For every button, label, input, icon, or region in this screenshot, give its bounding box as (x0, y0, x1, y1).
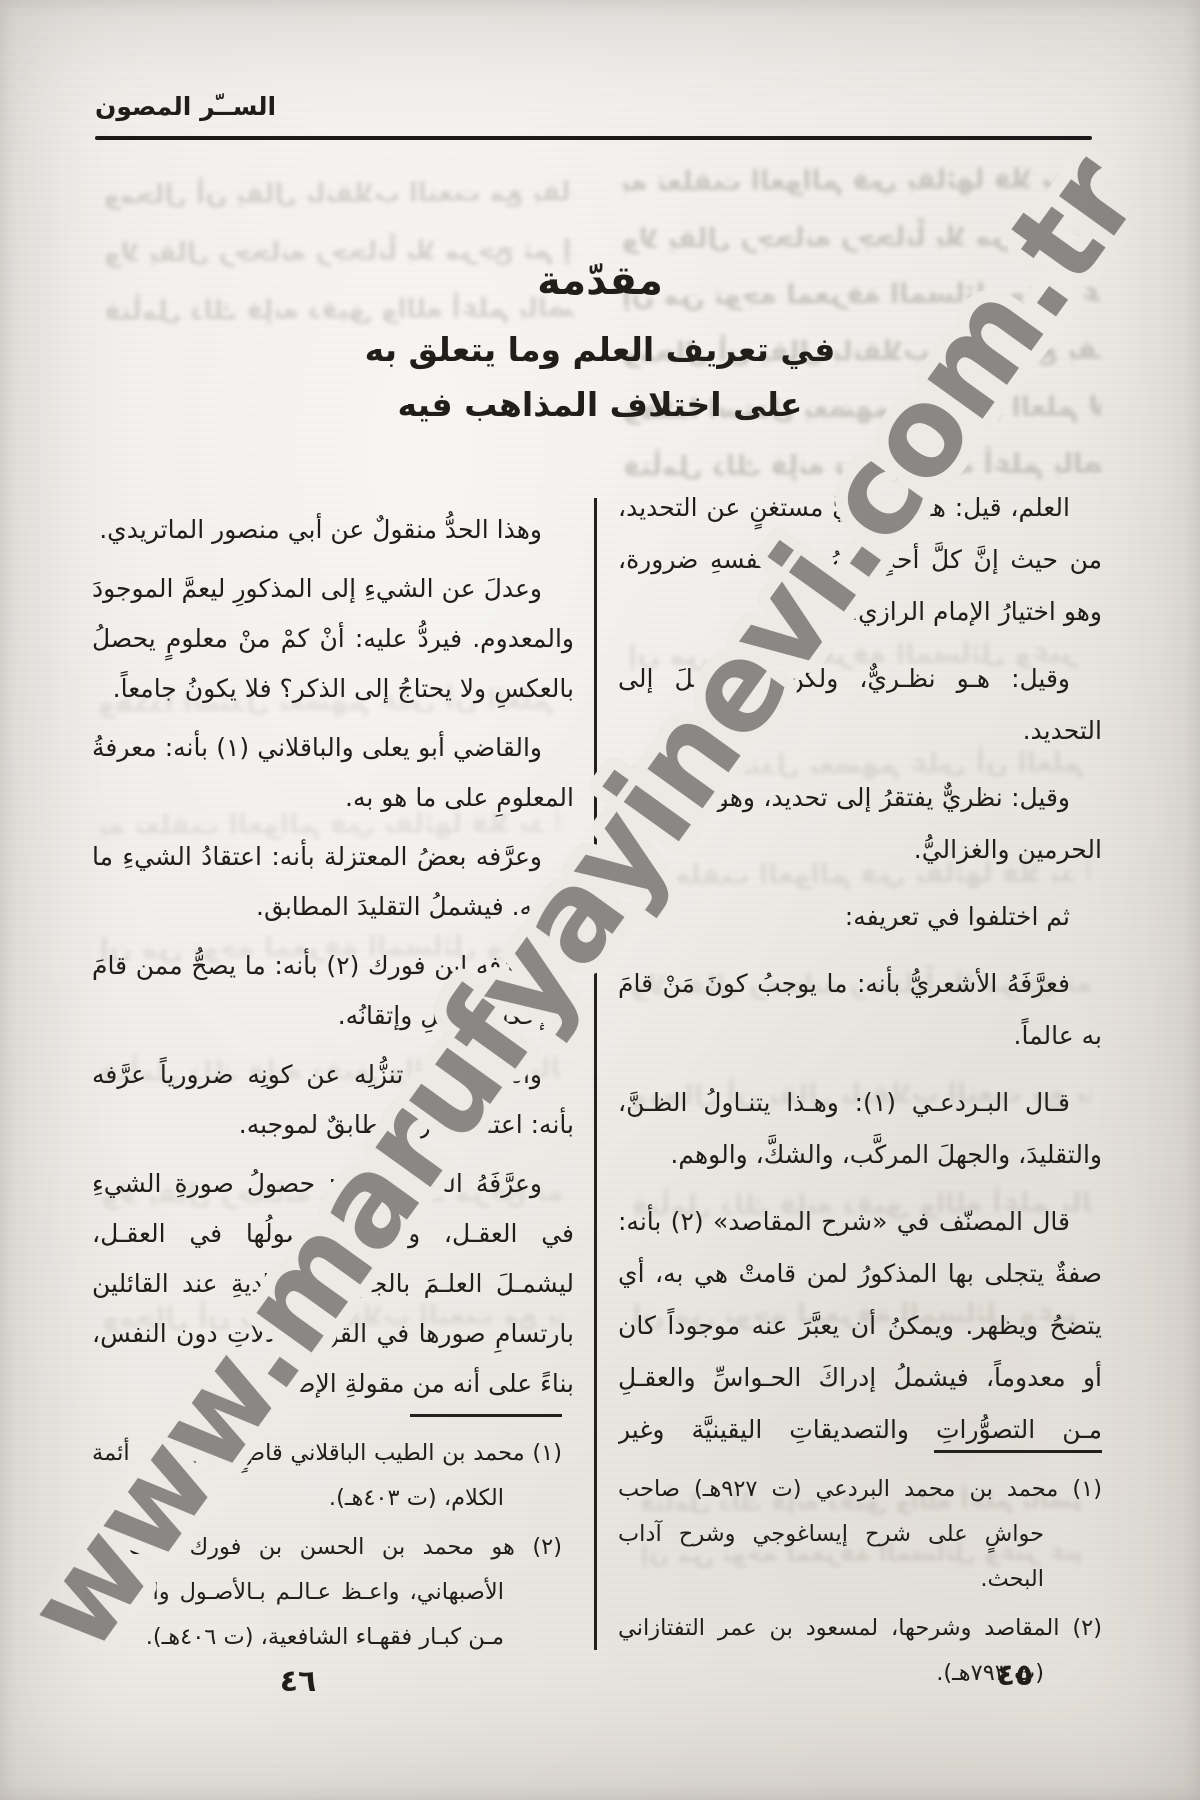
page-45-text-column: العلم، قيل: هو ضروريٌّ مستغنٍ عن التحديد… (618, 482, 1102, 1444)
paragraph: فعرَّفَهُ الأشعريُّ بأنه: ما يوجبُ كونَ … (618, 958, 1102, 1062)
footnote-separator-rule (410, 1414, 562, 1417)
page-number-45: ٤٥ (983, 1658, 1047, 1693)
paragraph: ثم اختلفوا في تعريفه: (618, 891, 1102, 943)
chapter-title-line1: في تعريف العلم وما يتعلق به (0, 330, 1200, 369)
running-head-book-title: الســّر المصون (95, 92, 276, 121)
paragraph: قـال البـردعـي (١): وهـذا يتنـاولُ الظـن… (618, 1077, 1102, 1181)
paragraph: وعرَّفه ابن فورك (٢) بأنه: ما يصحُّ ممن … (92, 941, 574, 1041)
paragraph: والقاضي أبو يعلى والباقلاني (١) بأنه: مع… (92, 723, 574, 823)
paragraph: وعدلَ عن الشيءِ إلى المذكورِ ليعمَّ المو… (92, 564, 574, 714)
paragraph: وعرَّفه بعضُ المعتزلة بأنه: اعتقادُ الشي… (92, 832, 574, 932)
paragraph: وقيل: هـو نظـريٌّ، ولكن لا سبيلَ إلى الت… (618, 653, 1102, 757)
bleedthrough-line: به تعلقت العوالم في بقائها فلا بد لها من… (621, 150, 1099, 210)
page-number-46: ٤٦ (266, 1664, 330, 1699)
chapter-title-block: مقدّمة في تعريف العلم وما يتعلق به على ا… (0, 258, 1200, 440)
chapter-kicker: مقدّمة (0, 258, 1200, 304)
header-rule (95, 136, 1092, 140)
page-46-footnotes: (١) محمد بن الطيب الباقلاني قاضٍ جليل وم… (92, 1414, 562, 1664)
chapter-title-line2: على اختلاف المذاهب فيه (0, 385, 1200, 424)
footnote: (١) محمد بن الطيب الباقلاني قاضٍ جليل وم… (92, 1431, 562, 1521)
bleedthrough-line: ومحال أن يقال بانقلاب النعت مع بقاء حقيق… (103, 163, 573, 224)
footnote: (٢) هو محمد بن الحسن بن فورك الأنصاري ال… (92, 1525, 562, 1660)
paragraph: قال المصنّف في «شرح المقاصد» (٢) بأنه: ص… (618, 1196, 1102, 1444)
footnote-separator-rule (934, 1450, 1102, 1453)
column-divider-rule (594, 498, 597, 1650)
paragraph: والرازي بعد تنزُّلِه عن كونِه ضرورياً عر… (92, 1050, 574, 1150)
scanned-book-page: به تعلقت العوالم في بقائها فلا بد لها من… (0, 0, 1200, 1800)
paragraph: وعرَّفَهُ الحكماءُ بأنه: حصولُ صورةِ الش… (92, 1159, 574, 1403)
paragraph: العلم، قيل: هو ضروريٌّ مستغنٍ عن التحديد… (618, 482, 1102, 638)
paragraph: وهذا الحدُّ منقولٌ عن أبي منصور الماتريد… (92, 505, 574, 555)
paragraph: وقيل: نظريٌّ يفتقرُ إلى تحديد، وهو رأيُ … (618, 772, 1102, 876)
page-46-text-column: وهذا الحدُّ منقولٌ عن أبي منصور الماتريد… (92, 505, 574, 1403)
footnote: (١) محمد بن محمد البردعي (ت ٩٢٧هـ) صاحب … (618, 1467, 1102, 1602)
